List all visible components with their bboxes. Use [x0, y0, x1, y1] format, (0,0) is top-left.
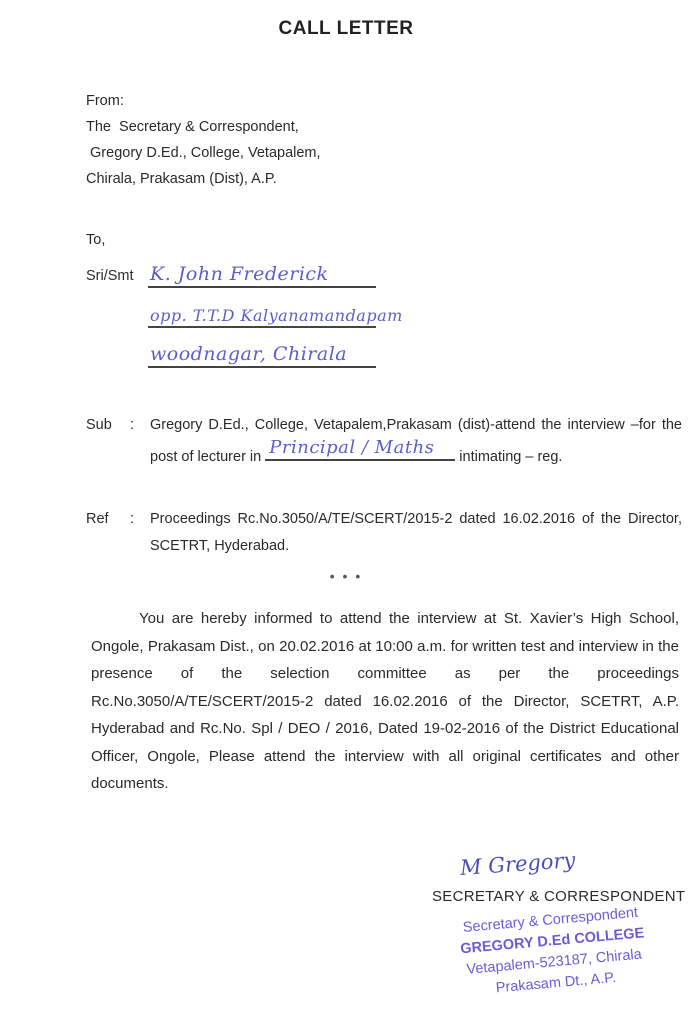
document-title: CALL LETTER [0, 18, 692, 40]
official-stamp: Secretary & Correspondent GREGORY D.Ed C… [440, 901, 666, 1004]
from-label: From: [86, 88, 321, 114]
reference-label: Ref [86, 506, 126, 533]
post-handwritten: Principal / Maths [269, 434, 434, 461]
subject-text: Gregory D.Ed., College, Vetapalem,Prakas… [150, 412, 682, 471]
recipient-name-line: K. John Frederick [148, 260, 376, 288]
reference-colon: : [130, 506, 134, 533]
from-block: From: The Secretary & Correspondent, Gre… [86, 88, 321, 192]
subject-label: Sub [86, 412, 126, 439]
body-paragraph: You are hereby informed to attend the in… [91, 605, 679, 798]
recipient-address-handwritten: woodnagar, Chirala [150, 343, 347, 365]
post-blank: Principal / Maths [265, 439, 455, 461]
reference-text: Proceedings Rc.No.3050/A/TE/SCERT/2015-2… [150, 506, 682, 560]
to-label: To, [86, 232, 105, 248]
recipient-address-line: woodnagar, Chirala [148, 340, 376, 368]
handwritten-signature: M Gregory [459, 848, 576, 880]
recipient-name-handwritten: K. John Frederick [150, 263, 329, 285]
subject-colon: : [130, 412, 134, 439]
from-line: Chirala, Prakasam (Dist), A.P. [86, 166, 321, 192]
from-line: The Secretary & Correspondent, [86, 114, 321, 140]
salutation-label: Sri/Smt [86, 268, 134, 284]
recipient-address-line: opp. T.T.D Kalyanamandapam [148, 300, 376, 328]
section-separator: • • • [0, 568, 692, 584]
recipient-address-handwritten: opp. T.T.D Kalyanamandapam [150, 306, 403, 325]
subject-text-after: intimating – reg. [455, 449, 562, 465]
from-line: Gregory D.Ed., College, Vetapalem, [86, 140, 321, 166]
